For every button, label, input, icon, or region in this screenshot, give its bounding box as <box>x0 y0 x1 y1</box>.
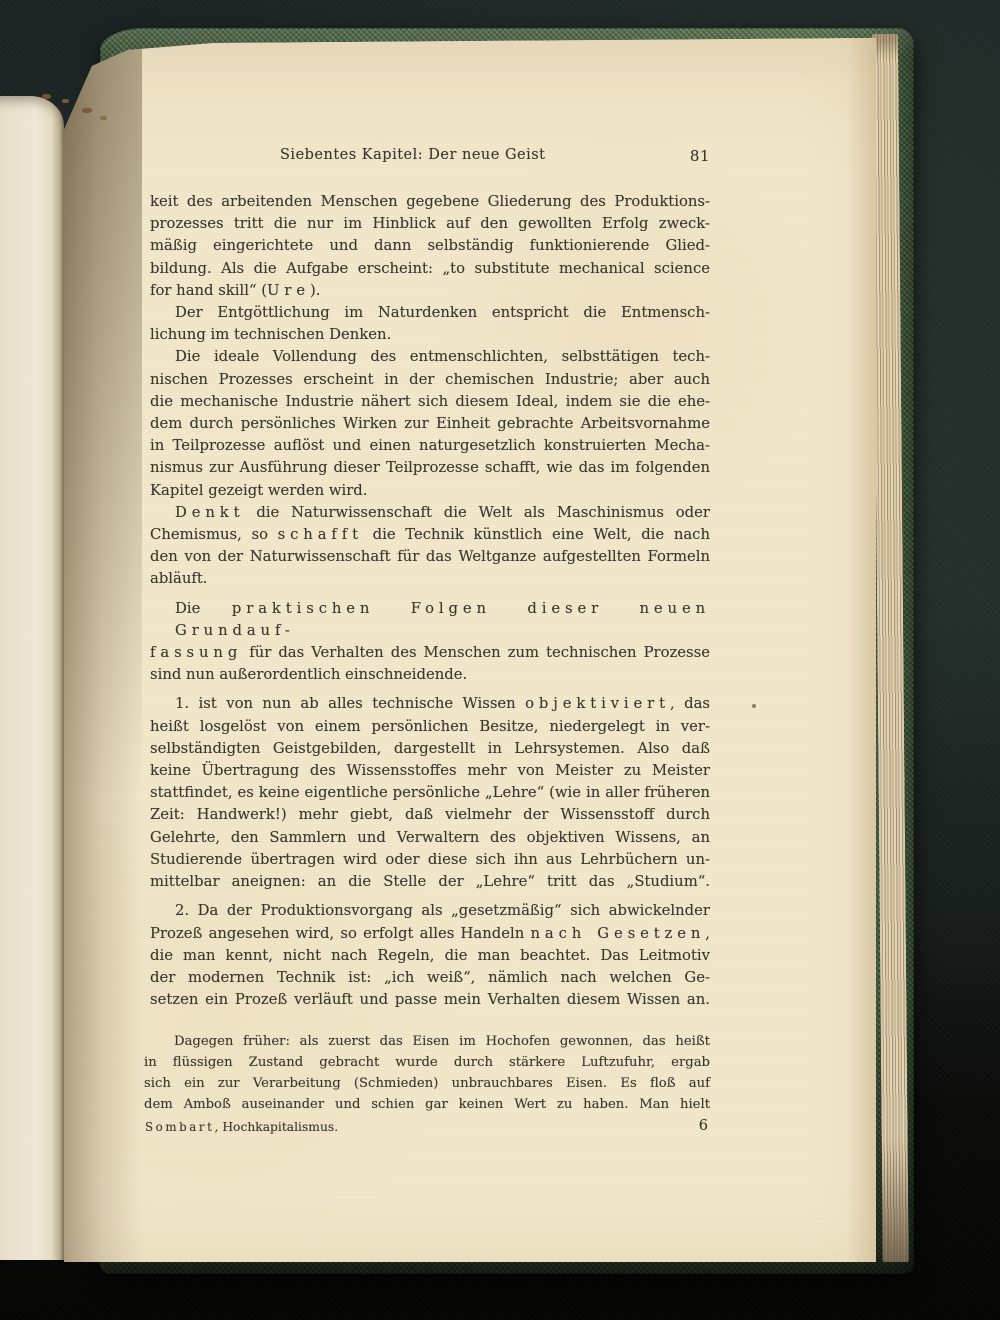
text-segment: bildung. Als die Aufgabe erscheint: „to … <box>150 260 710 277</box>
text-segment: abläuft. <box>150 570 208 587</box>
text-line: der modernen Technik ist: „ich weiß“, nä… <box>150 967 710 989</box>
page-footer: Sombart, Hochkapitalismus. 6 <box>150 1118 710 1136</box>
text-line: Prozeß angesehen wird, so erfolgt alles … <box>150 923 710 945</box>
text-segment: in Teilprozesse auflöst und einen naturg… <box>150 437 710 454</box>
text-line: prozesses tritt die nur im Hinblick auf … <box>150 213 710 235</box>
text-line: Gelehrte, den Sammlern und Verwaltern de… <box>150 827 710 849</box>
body-paragraph: 2. Da der Produktionsvorgang als „gesetz… <box>150 900 710 1011</box>
text-line: 1. ist von nun ab alles technische Wisse… <box>150 693 710 715</box>
text-segment: nischen Prozesses erscheint in der chemi… <box>150 371 710 388</box>
text-line: nismus zur Ausführung dieser Teilprozess… <box>150 457 710 479</box>
text-segment: for hand skill“ ( <box>150 282 267 299</box>
text-segment: , das <box>670 695 710 712</box>
text-line: heißt losgelöst von einem persönlichen B… <box>150 716 710 738</box>
text-segment: selbständigten Geistgebilden, dargestell… <box>150 740 710 757</box>
text-segment: Dagegen früher: als zuerst das Eisen im … <box>174 1034 710 1049</box>
body-paragraph: 1. ist von nun ab alles technische Wisse… <box>150 693 710 893</box>
body-paragraph: Die praktischen Folgen dieser neuen Grun… <box>150 598 710 687</box>
body-paragraph: Die ideale Vollendung des entmenschlicht… <box>150 346 710 501</box>
text-line: Chemismus, so schafft die Technik künstl… <box>150 524 710 546</box>
text-segment: nismus zur Ausführung dieser Teilprozess… <box>150 459 710 476</box>
text-segment: den von der Naturwissenschaft für das We… <box>150 548 710 565</box>
text-line: in flüssigen Zustand gebracht wurde durc… <box>144 1053 710 1074</box>
text-segment: mittelbar aneignen: an die Stelle der „L… <box>150 873 710 890</box>
text-line: keine Übertragung des Wissensstoffes meh… <box>150 760 710 782</box>
text-segment: mäßig eingerichtete und dann selbständig… <box>150 237 710 254</box>
text-segment: die man kennt, nicht nach Regeln, die ma… <box>150 947 710 964</box>
footer-title: , Hochkapitalismus. <box>215 1120 339 1134</box>
text-segment: Gelehrte, den Sammlern und Verwaltern de… <box>150 829 710 846</box>
text-segment: prozesses tritt die nur im Hinblick auf … <box>150 215 710 232</box>
page-number: 81 <box>690 147 710 165</box>
text-segment: lichung im technischen Denken. <box>150 326 391 343</box>
text-segment: Prozeß angesehen wird, so erfolgt alles … <box>150 925 530 942</box>
binding-fleck <box>82 108 92 113</box>
text-segment: sich ein zur Verarbeitung (Schmieden) un… <box>144 1076 710 1091</box>
text-line: den von der Naturwissenschaft für das We… <box>150 546 710 568</box>
text-segment: stattfindet, es keine eigentliche persön… <box>150 784 710 801</box>
text-segment: keit des arbeitenden Menschen gegebene G… <box>150 193 710 210</box>
body-paragraph: Denkt die Naturwissenschaft die Welt als… <box>150 502 710 591</box>
text-segment: die Naturwissenschaft die Welt als Masch… <box>244 504 710 521</box>
body-paragraph: Der Entgöttlichung im Naturdenken entspr… <box>150 302 710 346</box>
paragraphs-host: keit des arbeitenden Menschen gegebene G… <box>150 191 710 1116</box>
text-line: Der Entgöttlichung im Naturdenken entspr… <box>150 302 710 324</box>
text-line: nischen Prozesses erscheint in der chemi… <box>150 369 710 391</box>
letterspaced-text: objektiviert <box>525 695 670 712</box>
text-line: in Teilprozesse auflöst und einen naturg… <box>150 435 710 457</box>
text-line: die man kennt, nicht nach Regeln, die ma… <box>150 945 710 967</box>
text-segment: Studierende übertragen wird oder diese s… <box>150 851 710 868</box>
text-segment: in flüssigen Zustand gebracht wurde durc… <box>144 1055 710 1070</box>
text-segment: für das Verhalten des Menschen zum techn… <box>242 644 710 661</box>
page-edge-shade <box>846 38 876 1262</box>
text-line: abläuft. <box>150 568 710 590</box>
text-line: dem durch persönliches Wirken zur Einhei… <box>150 413 710 435</box>
page-header: Siebentes Kapitel: Der neue Geist 81 <box>150 147 710 167</box>
letterspaced-text: schafft <box>278 526 363 543</box>
text-segment: die mechanische Industrie nähert sich di… <box>150 393 710 410</box>
text-segment: setzen ein Prozeß verläuft und passe mei… <box>150 991 710 1008</box>
text-line: mäßig eingerichtete und dann selbständig… <box>150 235 710 257</box>
text-line: setzen ein Prozeß verläuft und passe mei… <box>150 989 710 1011</box>
text-segment: heißt losgelöst von einem persönlichen B… <box>150 718 710 735</box>
binding-fleck <box>62 99 69 103</box>
book-photo: Siebentes Kapitel: Der neue Geist 81 kei… <box>0 0 1000 1320</box>
binding-fleck <box>100 116 107 120</box>
text-segment: Kapitel gezeigt werden wird. <box>150 482 367 499</box>
running-head: Siebentes Kapitel: Der neue Geist <box>280 147 546 163</box>
text-segment: 1. ist von nun ab alles technische Wisse… <box>175 695 525 712</box>
gutter-shadow <box>64 38 142 1262</box>
text-segment: Die ideale Vollendung des entmenschlicht… <box>175 348 710 365</box>
text-line: Dagegen früher: als zuerst das Eisen im … <box>144 1032 710 1053</box>
text-line: die mechanische Industrie nähert sich di… <box>150 391 710 413</box>
text-segment: der modernen Technik ist: „ich weiß“, nä… <box>150 969 710 986</box>
facing-page-edge <box>0 96 64 1260</box>
signature-mark: 6 <box>699 1118 708 1134</box>
body-paragraph: keit des arbeitenden Menschen gegebene G… <box>150 191 710 302</box>
text-line: Kapitel gezeigt werden wird. <box>150 480 710 502</box>
text-segment: die Technik künstlich eine Welt, die nac… <box>363 526 710 543</box>
text-line: sind nun außerordentlich einschneidende. <box>150 664 710 686</box>
text-segment: Zeit: Handwerk!) mehr giebt, daß vielmeh… <box>150 806 710 823</box>
text-segment: dem Amboß auseinander und schien gar kei… <box>144 1097 710 1112</box>
text-line: fassung für das Verhalten des Menschen z… <box>150 642 710 664</box>
text-line: dem Amboß auseinander und schien gar kei… <box>144 1095 710 1116</box>
text-line: sich ein zur Verarbeitung (Schmieden) un… <box>144 1074 710 1095</box>
text-line: Die ideale Vollendung des entmenschlicht… <box>150 346 710 368</box>
text-line: Zeit: Handwerk!) mehr giebt, daß vielmeh… <box>150 804 710 826</box>
text-segment: dem durch persönliches Wirken zur Einhei… <box>150 415 710 432</box>
text-segment: , <box>705 925 710 942</box>
text-segment: Der Entgöttlichung im Naturdenken entspr… <box>175 304 710 321</box>
text-segment: Die <box>175 600 232 617</box>
footnote-paragraph: Dagegen früher: als zuerst das Eisen im … <box>144 1032 710 1115</box>
text-line: mittelbar aneignen: an die Stelle der „L… <box>150 871 710 893</box>
text-block: Siebentes Kapitel: Der neue Geist 81 kei… <box>150 147 710 1136</box>
letterspaced-text: Denkt <box>175 504 244 521</box>
text-line: stattfindet, es keine eigentliche persön… <box>150 782 710 804</box>
text-segment: sind nun außerordentlich einschneidende. <box>150 666 467 683</box>
text-segment: keine Übertragung des Wissensstoffes meh… <box>150 762 710 779</box>
footer-imprint: Sombart, Hochkapitalismus. <box>145 1120 338 1134</box>
footer-author: Sombart <box>145 1120 215 1134</box>
text-line: lichung im technischen Denken. <box>150 324 710 346</box>
text-line: for hand skill“ (Ure). <box>150 280 710 302</box>
text-line: bildung. Als die Aufgabe erscheint: „to … <box>150 258 710 280</box>
text-segment: ). <box>310 282 320 299</box>
text-segment: Chemismus, so <box>150 526 278 543</box>
letterspaced-text: fassung <box>150 644 242 661</box>
text-line: Denkt die Naturwissenschaft die Welt als… <box>150 502 710 524</box>
letterspaced-text: praktischen Folgen dieser neuen Grundauf… <box>175 600 710 639</box>
paper-speck <box>752 704 756 708</box>
letterspaced-text: nach Gesetzen <box>530 925 705 942</box>
text-line: keit des arbeitenden Menschen gegebene G… <box>150 191 710 213</box>
letterspaced-text: Ure <box>267 282 310 299</box>
text-line: Die praktischen Folgen dieser neuen Grun… <box>150 598 710 642</box>
text-line: selbständigten Geistgebilden, dargestell… <box>150 738 710 760</box>
text-line: 2. Da der Produktionsvorgang als „gesetz… <box>150 900 710 922</box>
text-segment: 2. Da der Produktionsvorgang als „gesetz… <box>175 902 710 919</box>
text-line: Studierende übertragen wird oder diese s… <box>150 849 710 871</box>
binding-fleck <box>42 94 51 99</box>
